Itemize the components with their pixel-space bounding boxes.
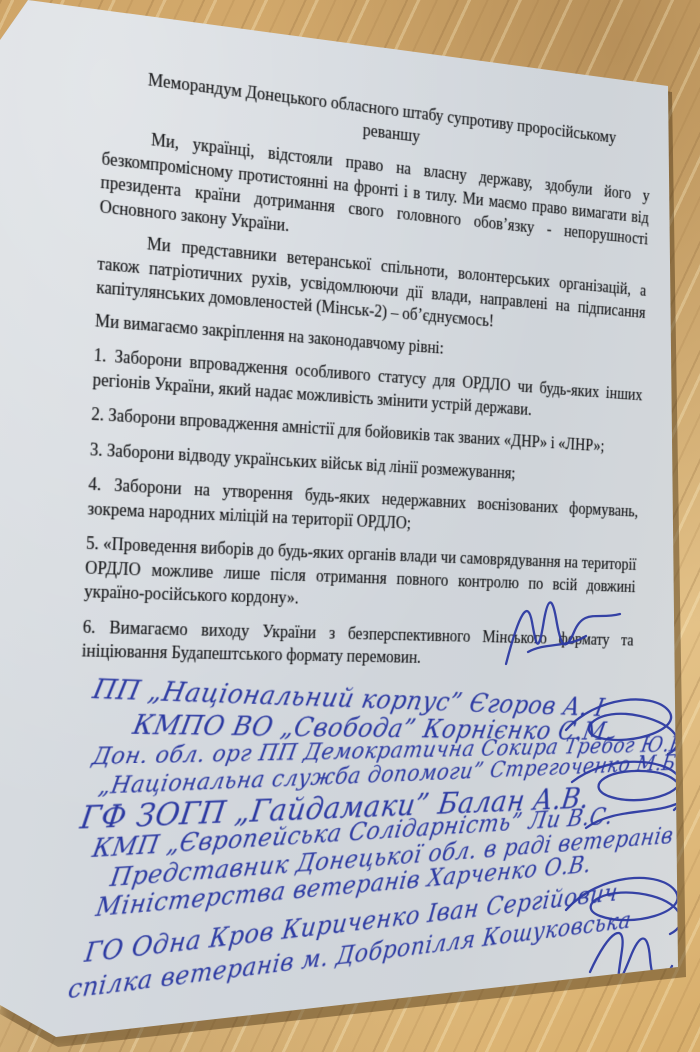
signatures-block: ПП „Національний корпус” Єгоров А. І КМП… <box>68 674 632 1005</box>
memorandum-sheet: Меморандум Донецького обласного штабу су… <box>0 0 700 1052</box>
demand-item-5: 5. «Проведення виборів до будь-яких орга… <box>84 531 637 619</box>
photo-stage: Меморандум Донецького обласного штабу су… <box>0 0 700 1052</box>
demand-item-6: 6. Вимагаємо виходу України з безперспек… <box>81 614 634 672</box>
document-content: Меморандум Донецького обласного штабу су… <box>0 2 700 1052</box>
